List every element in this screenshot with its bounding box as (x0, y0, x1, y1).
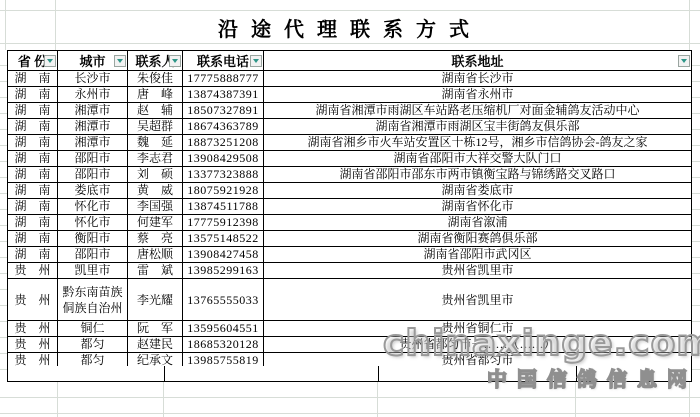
header-city: 城市 (58, 51, 128, 71)
cell-phone: 13985299163 (183, 263, 264, 279)
header-address: 联系地址 (264, 51, 692, 71)
cell-city: 永州市 (58, 87, 128, 103)
cell-city: 黔东南苗族侗族自治州 (58, 279, 128, 321)
table-row: 贵 州黔东南苗族侗族自治州李光耀13765555033贵州省凯里市 (8, 279, 692, 321)
cell-contact: 朱俊佳 (128, 71, 183, 87)
cell-address: 湖南省湘潭市雨湖区车站路老压缩机厂对面金辅鸽友活动中心 (264, 103, 692, 119)
filter-dropdown-button[interactable] (114, 55, 126, 67)
chevron-down-icon (47, 59, 53, 63)
table-row: 湖 南怀化市李国强13874511788湖南省怀化市 (8, 199, 692, 215)
gridline (377, 381, 378, 417)
cell-contact: 李志君 (128, 151, 183, 167)
cell-contact: 雷 斌 (128, 263, 183, 279)
cell-address: 湖南省长沙市 (264, 71, 692, 87)
contacts-table: 省 份 城市 联系人 联系电话 联系地址 (7, 50, 692, 369)
cell-province: 湖 南 (8, 103, 58, 119)
cell-address: 湖南省怀化市 (264, 199, 692, 215)
cell-city: 凯里市 (58, 263, 128, 279)
cell-city: 长沙市 (58, 71, 128, 87)
table-row: 湖 南湘潭市吴超群18674363789湖南省湘潭市雨湖区宝丰街鸽友俱乐部 (8, 119, 692, 135)
table-row: 湖 南湘潭市魏 延18873251208湖南省湘乡市火车站安置区十栋12号，湘乡… (8, 135, 692, 151)
cell-phone: 13908427458 (183, 247, 264, 263)
cell-province: 贵 州 (8, 321, 58, 337)
filter-dropdown-button[interactable] (250, 55, 262, 67)
cell-address: 湖南省邵阳市武冈区 (264, 247, 692, 263)
cell-address: 湖南省永州市 (264, 87, 692, 103)
chevron-down-icon (253, 59, 259, 63)
cell-phone: 13874511788 (183, 199, 264, 215)
cell-phone: 18075921928 (183, 183, 264, 199)
gridline (0, 413, 700, 414)
watermark-site-text: chinaxinge.com (383, 326, 700, 362)
cell-province: 贵 州 (8, 337, 58, 353)
cell-phone: 17775912398 (183, 215, 264, 231)
cell-phone: 13595604551 (183, 321, 264, 337)
header-contact: 联系人 (128, 51, 183, 71)
cell-phone: 13765555033 (183, 279, 264, 321)
cell-phone: 13874387391 (183, 87, 264, 103)
cell-province: 湖 南 (8, 151, 58, 167)
header-label: 城市 (79, 54, 105, 69)
gridline (378, 366, 379, 381)
cell-address: 湖南省湘乡市火车站安置区十栋12号，湘乡市信鸽协会-鸽友之家 (264, 135, 692, 151)
cell-address: 湖南省溆浦 (264, 215, 692, 231)
cell-phone: 17775888777 (183, 71, 264, 87)
cell-contact: 赵 辅 (128, 103, 183, 119)
cell-contact: 唐 峰 (128, 87, 183, 103)
gridline (0, 10, 700, 11)
cell-city: 都匀 (58, 337, 128, 353)
chevron-down-icon (117, 59, 123, 63)
cell-city: 铜仁 (58, 321, 128, 337)
cell-phone: 13908429508 (183, 151, 264, 167)
cell-city: 邵阳市 (58, 167, 128, 183)
cell-province: 贵 州 (8, 263, 58, 279)
cell-city: 湘潭市 (58, 135, 128, 151)
cell-city: 湘潭市 (58, 119, 128, 135)
cell-contact: 赵建民 (128, 337, 183, 353)
cell-address: 贵州省凯里市 (264, 279, 692, 321)
table-row: 贵 州凯里市雷 斌13985299163贵州省凯里市 (8, 263, 692, 279)
cell-phone: 13575148522 (183, 231, 264, 247)
filter-dropdown-button[interactable] (678, 55, 690, 67)
header-label: 省 份 (18, 54, 47, 69)
table-row: 湖 南长沙市朱俊佳17775888777湖南省长沙市 (8, 71, 692, 87)
table-row: 湖 南娄底市黄 威18075921928湖南省娄底市 (8, 183, 692, 199)
cell-city: 怀化市 (58, 199, 128, 215)
filter-dropdown-button[interactable] (169, 55, 181, 67)
cell-contact: 阮 军 (128, 321, 183, 337)
cell-city: 怀化市 (58, 215, 128, 231)
cell-address: 湖南省衡阳赛鸽俱乐部 (264, 231, 692, 247)
cell-city: 娄底市 (58, 183, 128, 199)
cell-contact: 吴超群 (128, 119, 183, 135)
cell-phone: 18685320128 (183, 337, 264, 353)
cell-city: 衡阳市 (58, 231, 128, 247)
header-label: 联系电话 (197, 54, 249, 69)
cell-phone: 18873251208 (183, 135, 264, 151)
cell-phone: 18674363789 (183, 119, 264, 135)
cell-province: 湖 南 (8, 231, 58, 247)
gridline (57, 381, 58, 417)
cell-province: 湖 南 (8, 247, 58, 263)
gridline (0, 50, 7, 381)
cell-contact: 魏 延 (128, 135, 183, 151)
cell-city: 邵阳市 (58, 151, 128, 167)
cell-contact: 李国强 (128, 199, 183, 215)
cell-city: 湘潭市 (58, 103, 128, 119)
header-phone: 联系电话 (183, 51, 264, 71)
cell-contact: 唐松顺 (128, 247, 183, 263)
header-label: 联系地址 (451, 54, 503, 69)
cell-contact: 何建军 (128, 215, 183, 231)
table-row: 湖 南衡阳市蔡 亮13575148522湖南省衡阳赛鸽俱乐部 (8, 231, 692, 247)
spreadsheet: 沿途代理联系方式 省 份 城市 联系人 联系电话 (0, 0, 700, 417)
header-province: 省 份 (8, 51, 58, 71)
chevron-down-icon (172, 59, 178, 63)
cell-province: 湖 南 (8, 167, 58, 183)
table-row: 湖 南邵阳市李志君13908429508湖南省邵阳市大祥交警大队门口 (8, 151, 692, 167)
cell-city: 邵阳市 (58, 247, 128, 263)
page-title: 沿途代理联系方式 (0, 13, 700, 42)
cell-contact: 蔡 亮 (128, 231, 183, 247)
gridline (0, 397, 700, 398)
cell-address: 湖南省娄底市 (264, 183, 692, 199)
gridline (163, 381, 164, 417)
cell-address: 贵州省凯里市 (264, 263, 692, 279)
filter-dropdown-button[interactable] (44, 55, 56, 67)
table-row: 湖 南怀化市何建军17775912398湖南省溆浦 (8, 215, 692, 231)
table-row: 湖 南邵阳市刘 硕13377323888湖南省邵阳市邵东市两市镇衡宝路与锦绣路交… (8, 167, 692, 183)
gridline (164, 366, 165, 381)
cell-province: 湖 南 (8, 199, 58, 215)
cell-province: 湖 南 (8, 215, 58, 231)
cell-province: 湖 南 (8, 183, 58, 199)
cell-province: 湖 南 (8, 135, 58, 151)
cell-contact: 李光耀 (128, 279, 183, 321)
cell-contact: 刘 硕 (128, 167, 183, 183)
gridline (0, 43, 700, 44)
cell-province: 湖 南 (8, 71, 58, 87)
cell-province: 湖 南 (8, 119, 58, 135)
cell-address: 湖南省湘潭市雨湖区宝丰街鸽友俱乐部 (264, 119, 692, 135)
cell-address: 湖南省邵阳市大祥交警大队门口 (264, 151, 692, 167)
cell-province: 湖 南 (8, 87, 58, 103)
chevron-down-icon (681, 59, 687, 63)
table-row: 湖 南邵阳市唐松顺13908427458湖南省邵阳市武冈区 (8, 247, 692, 263)
table-header-row: 省 份 城市 联系人 联系电话 联系地址 (8, 51, 692, 71)
table-row: 湖 南永州市唐 峰13874387391湖南省永州市 (8, 87, 692, 103)
table-row: 湖 南湘潭市赵 辅18507327891湖南省湘潭市雨湖区车站路老压缩机厂对面金… (8, 103, 692, 119)
cell-province: 贵 州 (8, 279, 58, 321)
watermark-site-name: 中国信鸽信息网 (487, 369, 697, 391)
cell-contact: 黄 威 (128, 183, 183, 199)
cell-phone: 18507327891 (183, 103, 264, 119)
cell-phone: 13377323888 (183, 167, 264, 183)
cell-address: 湖南省邵阳市邵东市两市镇衡宝路与锦绣路交叉路口 (264, 167, 692, 183)
